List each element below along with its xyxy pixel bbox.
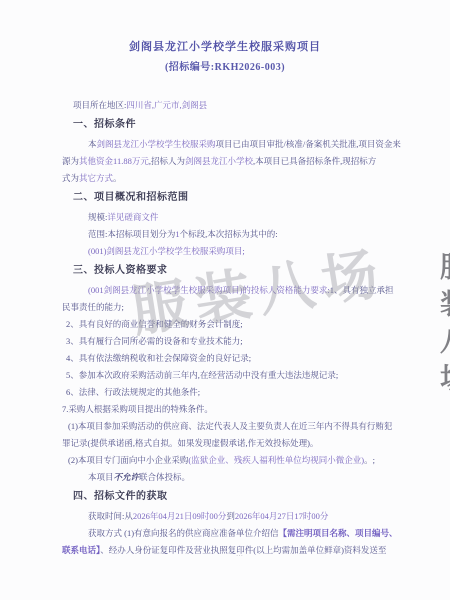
text-segment: 一、招标条件 — [73, 119, 136, 130]
text-line: 4、具有依法缴纳税收和社会保障资金的良好记录; — [62, 350, 394, 367]
text-segment: 规模: — [88, 212, 107, 222]
text-line: 式为其它方式。 — [62, 170, 394, 187]
text-line: 获取时间:从2026年04月21日09时00分到2026年04月27日17时00… — [62, 508, 394, 525]
text-line: 罪记录(提供承诺函,格式自拟。如果发现虚假承诺,作无效投标处理)。 — [62, 435, 394, 452]
text-segment: 联系电话】 — [62, 545, 100, 555]
text-segment: 范围:本招标项目划分为 — [88, 229, 175, 239]
text-segment: ,招标人为 — [149, 156, 185, 166]
text-segment: 项目已由项目审批/核准/备案机关批准,项目资金来 — [216, 139, 401, 149]
text-segment: 二、项目概况和招标范围 — [73, 192, 189, 203]
text-segment: 项目所在地区: — [73, 100, 126, 110]
text-line: 范围:本招标项目划分为1个标段,本次招标为其中的: — [62, 226, 394, 243]
text-line: 2、具有良好的商业信誉和健全的财务会计制度; — [62, 316, 394, 333]
text-line: 5、参加本次政府采购活动前三年内,在经营活动中没有重大违法违规记录; — [62, 367, 394, 384]
text-segment: 获取方式 (1)有意向报名的供应商应准备单位介绍信 — [88, 528, 279, 538]
text-segment: 四、招标文件的获取 — [73, 491, 168, 502]
text-segment: 民事责任的能力; — [62, 302, 124, 312]
text-line: 6、法律、行政法规规定的其他条件; — [62, 384, 394, 401]
text-segment: 1、具有独立承担 — [330, 285, 394, 295]
text-segment: 3、具有履行合同所必需的设备和专业技术能力; — [66, 336, 243, 346]
text-line: (001)剑阁县龙江小学校学生校服采购项目; — [62, 243, 394, 260]
text-line: (2)本项目专门面向中小企业采购(监狱企业、残疾人福利性单位均视同小微企业)。; — [62, 452, 394, 469]
text-segment: 5、参加本次政府采购活动前三年内,在经营活动中没有重大违法违规记录; — [66, 370, 338, 380]
text-line: 3、具有履行合同所必需的设备和专业技术能力; — [62, 333, 394, 350]
text-segment: 罪记录(提供承诺函,格式自拟。如果发现虚假承诺,作无效投标处理)。 — [62, 438, 318, 448]
text-line: 本项目不允许联合体投标。 — [62, 469, 394, 486]
text-segment: 四川省,广元市,剑阁县 — [126, 100, 207, 110]
text-segment: 其他资金11.88万元 — [79, 156, 149, 166]
text-segment: 三、投标人资格要求 — [73, 265, 168, 276]
document-page: 剑阁县龙江小学校学生校服采购项目 (招标编号:RKH2026-003) 项目所在… — [0, 0, 450, 600]
text-segment: 4、具有依法缴纳税收和社会保障资金的良好记录; — [66, 353, 251, 363]
section-heading: 四、招标文件的获取 — [62, 486, 394, 508]
text-segment: 【需注明项目名称、项目编号、 — [279, 528, 398, 538]
text-segment: 到 — [226, 511, 235, 521]
text-segment: (001)剑阁县龙江小学校学生校服采购项目; — [88, 246, 245, 256]
tender-number: (招标编号:RKH2026-003) — [0, 58, 450, 73]
text-segment: 本项目 — [88, 472, 114, 482]
text-segment: (2)本项目专门面向中小企业采购 — [68, 455, 188, 465]
text-segment: 个标段,本次招标为其中的: — [180, 229, 278, 239]
text-segment: 2026年04月21日09时00分 — [133, 511, 227, 521]
text-line: 源为其他资金11.88万元,招标人为剑阁县龙江小学校,本项目已具备招标条件,现招… — [62, 153, 394, 170]
text-segment: 获取时间:从 — [88, 511, 133, 521]
text-segment: (监狱企业、残疾人福利性单位均视同小微企业) — [188, 455, 364, 465]
text-segment: 剑阁县龙江小学校 — [185, 156, 253, 166]
text-segment: (001剑阁县龙江小学校学生校服采购项目)的投标人资格能力要求: — [88, 285, 330, 295]
text-line: 获取方式 (1)有意向报名的供应商应准备单位介绍信【需注明项目名称、项目编号、 — [62, 525, 394, 542]
text-line: 项目所在地区:四川省,广元市,剑阁县 — [62, 97, 394, 114]
text-line: 本剑阁县龙江小学校学生校服采购项目已由项目审批/核准/备案机关批准,项目资金来 — [62, 136, 394, 153]
text-segment: 6、法律、行政法规规定的其他条件; — [66, 387, 200, 397]
text-segment: 本 — [88, 139, 97, 149]
document-body: 项目所在地区:四川省,广元市,剑阁县一、招标条件本剑阁县龙江小学校学生校服采购项… — [62, 97, 394, 559]
text-segment: 其它方式 — [79, 173, 113, 183]
text-segment: 7.采购人根据采购项目提出的特殊条件。 — [62, 404, 213, 414]
text-line: 7.采购人根据采购项目提出的特殊条件。 — [62, 401, 394, 418]
text-line: (1)本项目参加采购活动的供应商、法定代表人及主要负责人在近三年内不得具有行贿犯 — [62, 418, 394, 435]
text-segment: 2、具有良好的商业信誉和健全的财务会计制度; — [66, 319, 243, 329]
text-segment: 不允许 — [114, 472, 140, 482]
text-segment: 2026年04月27日17时00分 — [235, 511, 329, 521]
section-heading: 一、招标条件 — [62, 114, 394, 136]
footer-mark: ⋯ — [236, 552, 244, 560]
text-segment: 联合体投标。 — [139, 472, 190, 482]
text-line: (001剑阁县龙江小学校学生校服采购项目)的投标人资格能力要求:1、具有独立承担 — [62, 282, 394, 299]
text-segment: 源为 — [62, 156, 79, 166]
section-heading: 二、项目概况和招标范围 — [62, 187, 394, 209]
text-line: 联系电话】、经办人身份证复印件及营业执照复印件(以上均需加盖单位鲜章)资料发送至 — [62, 542, 394, 559]
text-segment: 。 — [113, 173, 122, 183]
right-edge-watermark: 服装八场 — [431, 252, 450, 400]
text-segment: 剑阁县龙江小学校学生校服采购 — [97, 139, 216, 149]
text-segment: 详见磋商文件 — [107, 212, 158, 222]
text-segment: (1)本项目参加采购活动的供应商、法定代表人及主要负责人在近三年内不得具有行贿犯 — [68, 421, 392, 431]
text-line: 规模:详见磋商文件 — [62, 209, 394, 226]
text-line: 民事责任的能力; — [62, 299, 394, 316]
text-segment: 式为 — [62, 173, 79, 183]
document-title: 剑阁县龙江小学校学生校服采购项目 — [0, 38, 450, 54]
text-segment: 。; — [364, 455, 375, 465]
section-heading: 三、投标人资格要求 — [62, 260, 394, 282]
text-segment: ,本项目已具备招标条件,现招标方 — [253, 156, 376, 166]
